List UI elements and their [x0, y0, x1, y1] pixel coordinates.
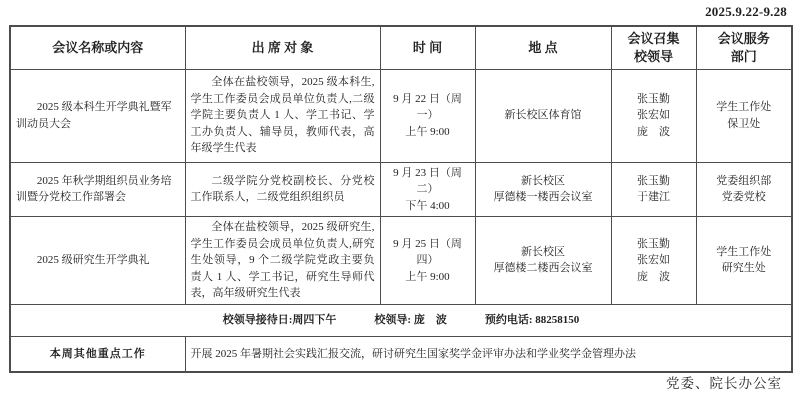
attendees-cell: 全体在盐校领导，2025 级研究生,学生工作委员会成员单位负责人,研究生处领导，… [185, 217, 380, 305]
attendees-cell: 全体在盐校领导，2025 级本科生,学生工作委员会成员单位负责人,二级学院主要负… [185, 69, 380, 162]
reception-row: 校领导接待日:周四下午 校领导: 庞 波 预约电话: 88258150 [10, 304, 792, 336]
issuing-office: 党委、院长办公室 [666, 372, 782, 392]
leaders-cell: 张玉勤 张宏如 庞 波 [611, 217, 696, 305]
service-dept-cell: 党委组织部 党委党校 [696, 162, 792, 217]
other-work-row: 本周其他重点工作 开展 2025 年暑期社会实践汇报交流，研讨研究生国家奖学金评… [10, 336, 792, 372]
col-header-attendees: 出 席 对 象 [185, 26, 380, 69]
other-work-content: 开展 2025 年暑期社会实践汇报交流，研讨研究生国家奖学金评审办法和学业奖学金… [185, 336, 792, 372]
meeting-name-cell: 2025 年秋学期组织员业务培训暨分党校工作部署会 [10, 162, 185, 217]
reception-phone: 预约电话: 88258150 [485, 312, 579, 329]
date-range: 2025.9.22-9.28 [705, 4, 787, 20]
time-cell: 9 月 23 日（周二） 下午 4:00 [380, 162, 475, 217]
col-header-meeting: 会议名称或内容 [10, 26, 185, 69]
meeting-name-cell: 2025 级本科生开学典礼暨军训动员大会 [10, 69, 185, 162]
service-dept-cell: 学生工作处 研究生处 [696, 217, 792, 305]
reception-leader: 校领导: 庞 波 [374, 312, 446, 329]
time-cell: 9 月 25 日（周四） 上午 9:00 [380, 217, 475, 305]
location-cell: 新长校区体育馆 [475, 69, 611, 162]
col-header-location: 地 点 [475, 26, 611, 69]
leaders-cell: 张玉勤 于建江 [611, 162, 696, 217]
leaders-cell: 张玉勤 张宏如 庞 波 [611, 69, 696, 162]
service-dept-cell: 学生工作处 保卫处 [696, 69, 792, 162]
location-cell: 新长校区 厚德楼一楼西会议室 [475, 162, 611, 217]
reception-info-cell: 校领导接待日:周四下午 校领导: 庞 波 预约电话: 88258150 [10, 304, 792, 336]
table-row: 2025 年秋学期组织员业务培训暨分党校工作部署会 二级学院分党校副校长、分党校… [10, 162, 792, 217]
table-row: 2025 级研究生开学典礼 全体在盐校领导，2025 级研究生,学生工作委员会成… [10, 217, 792, 305]
meeting-name-cell: 2025 级研究生开学典礼 [10, 217, 185, 305]
attendees-cell: 二级学院分党校副校长、分党校工作联系人，二级党组织组织员 [185, 162, 380, 217]
time-cell: 9 月 22 日（周一） 上午 9:00 [380, 69, 475, 162]
col-header-time: 时 间 [380, 26, 475, 69]
col-header-service: 会议服务 部门 [696, 26, 792, 69]
reception-info: 校领导接待日:周四下午 校领导: 庞 波 预约电话: 88258150 [16, 312, 786, 329]
table-row: 2025 级本科生开学典礼暨军训动员大会 全体在盐校领导，2025 级本科生,学… [10, 69, 792, 162]
meeting-schedule-table: 会议名称或内容 出 席 对 象 时 间 地 点 会议召集 校领导 会议服务 部门… [9, 25, 793, 373]
reception-day: 校领导接待日:周四下午 [223, 312, 337, 329]
other-work-label: 本周其他重点工作 [10, 336, 185, 372]
weekly-meeting-schedule-page: 2025.9.22-9.28 会议名称或内容 出 席 对 象 时 间 地 点 会… [0, 0, 799, 398]
location-cell: 新长校区 厚德楼二楼西会议室 [475, 217, 611, 305]
col-header-leaders: 会议召集 校领导 [611, 26, 696, 69]
table-header-row: 会议名称或内容 出 席 对 象 时 间 地 点 会议召集 校领导 会议服务 部门 [10, 26, 792, 69]
